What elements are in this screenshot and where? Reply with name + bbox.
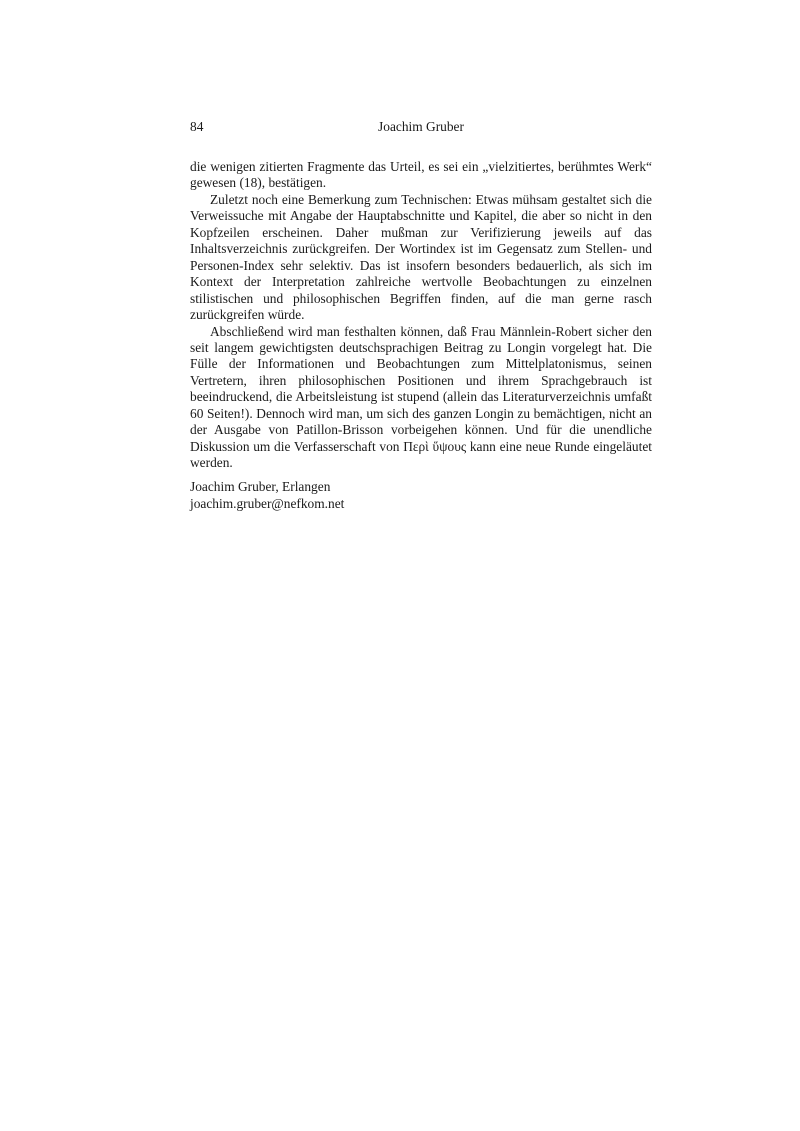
- paragraph-technical-remarks: Zuletzt noch eine Bemerkung zum Technisc…: [190, 192, 652, 324]
- author-email: joachim.gruber@nefkom.net: [190, 496, 344, 513]
- paragraph-continuation: die wenigen zitierten Fragmente das Urte…: [190, 159, 652, 192]
- page-header: 84 Joachim Gruber: [190, 119, 652, 137]
- paragraph-conclusion: Abschließend wird man festhalten können,…: [190, 324, 652, 472]
- running-head: Joachim Gruber: [190, 119, 652, 135]
- author-name-place: Joachim Gruber, Erlangen: [190, 479, 344, 496]
- body-text: die wenigen zitierten Fragmente das Urte…: [190, 159, 652, 472]
- signature-block: Joachim Gruber, Erlangen joachim.gruber@…: [190, 479, 344, 512]
